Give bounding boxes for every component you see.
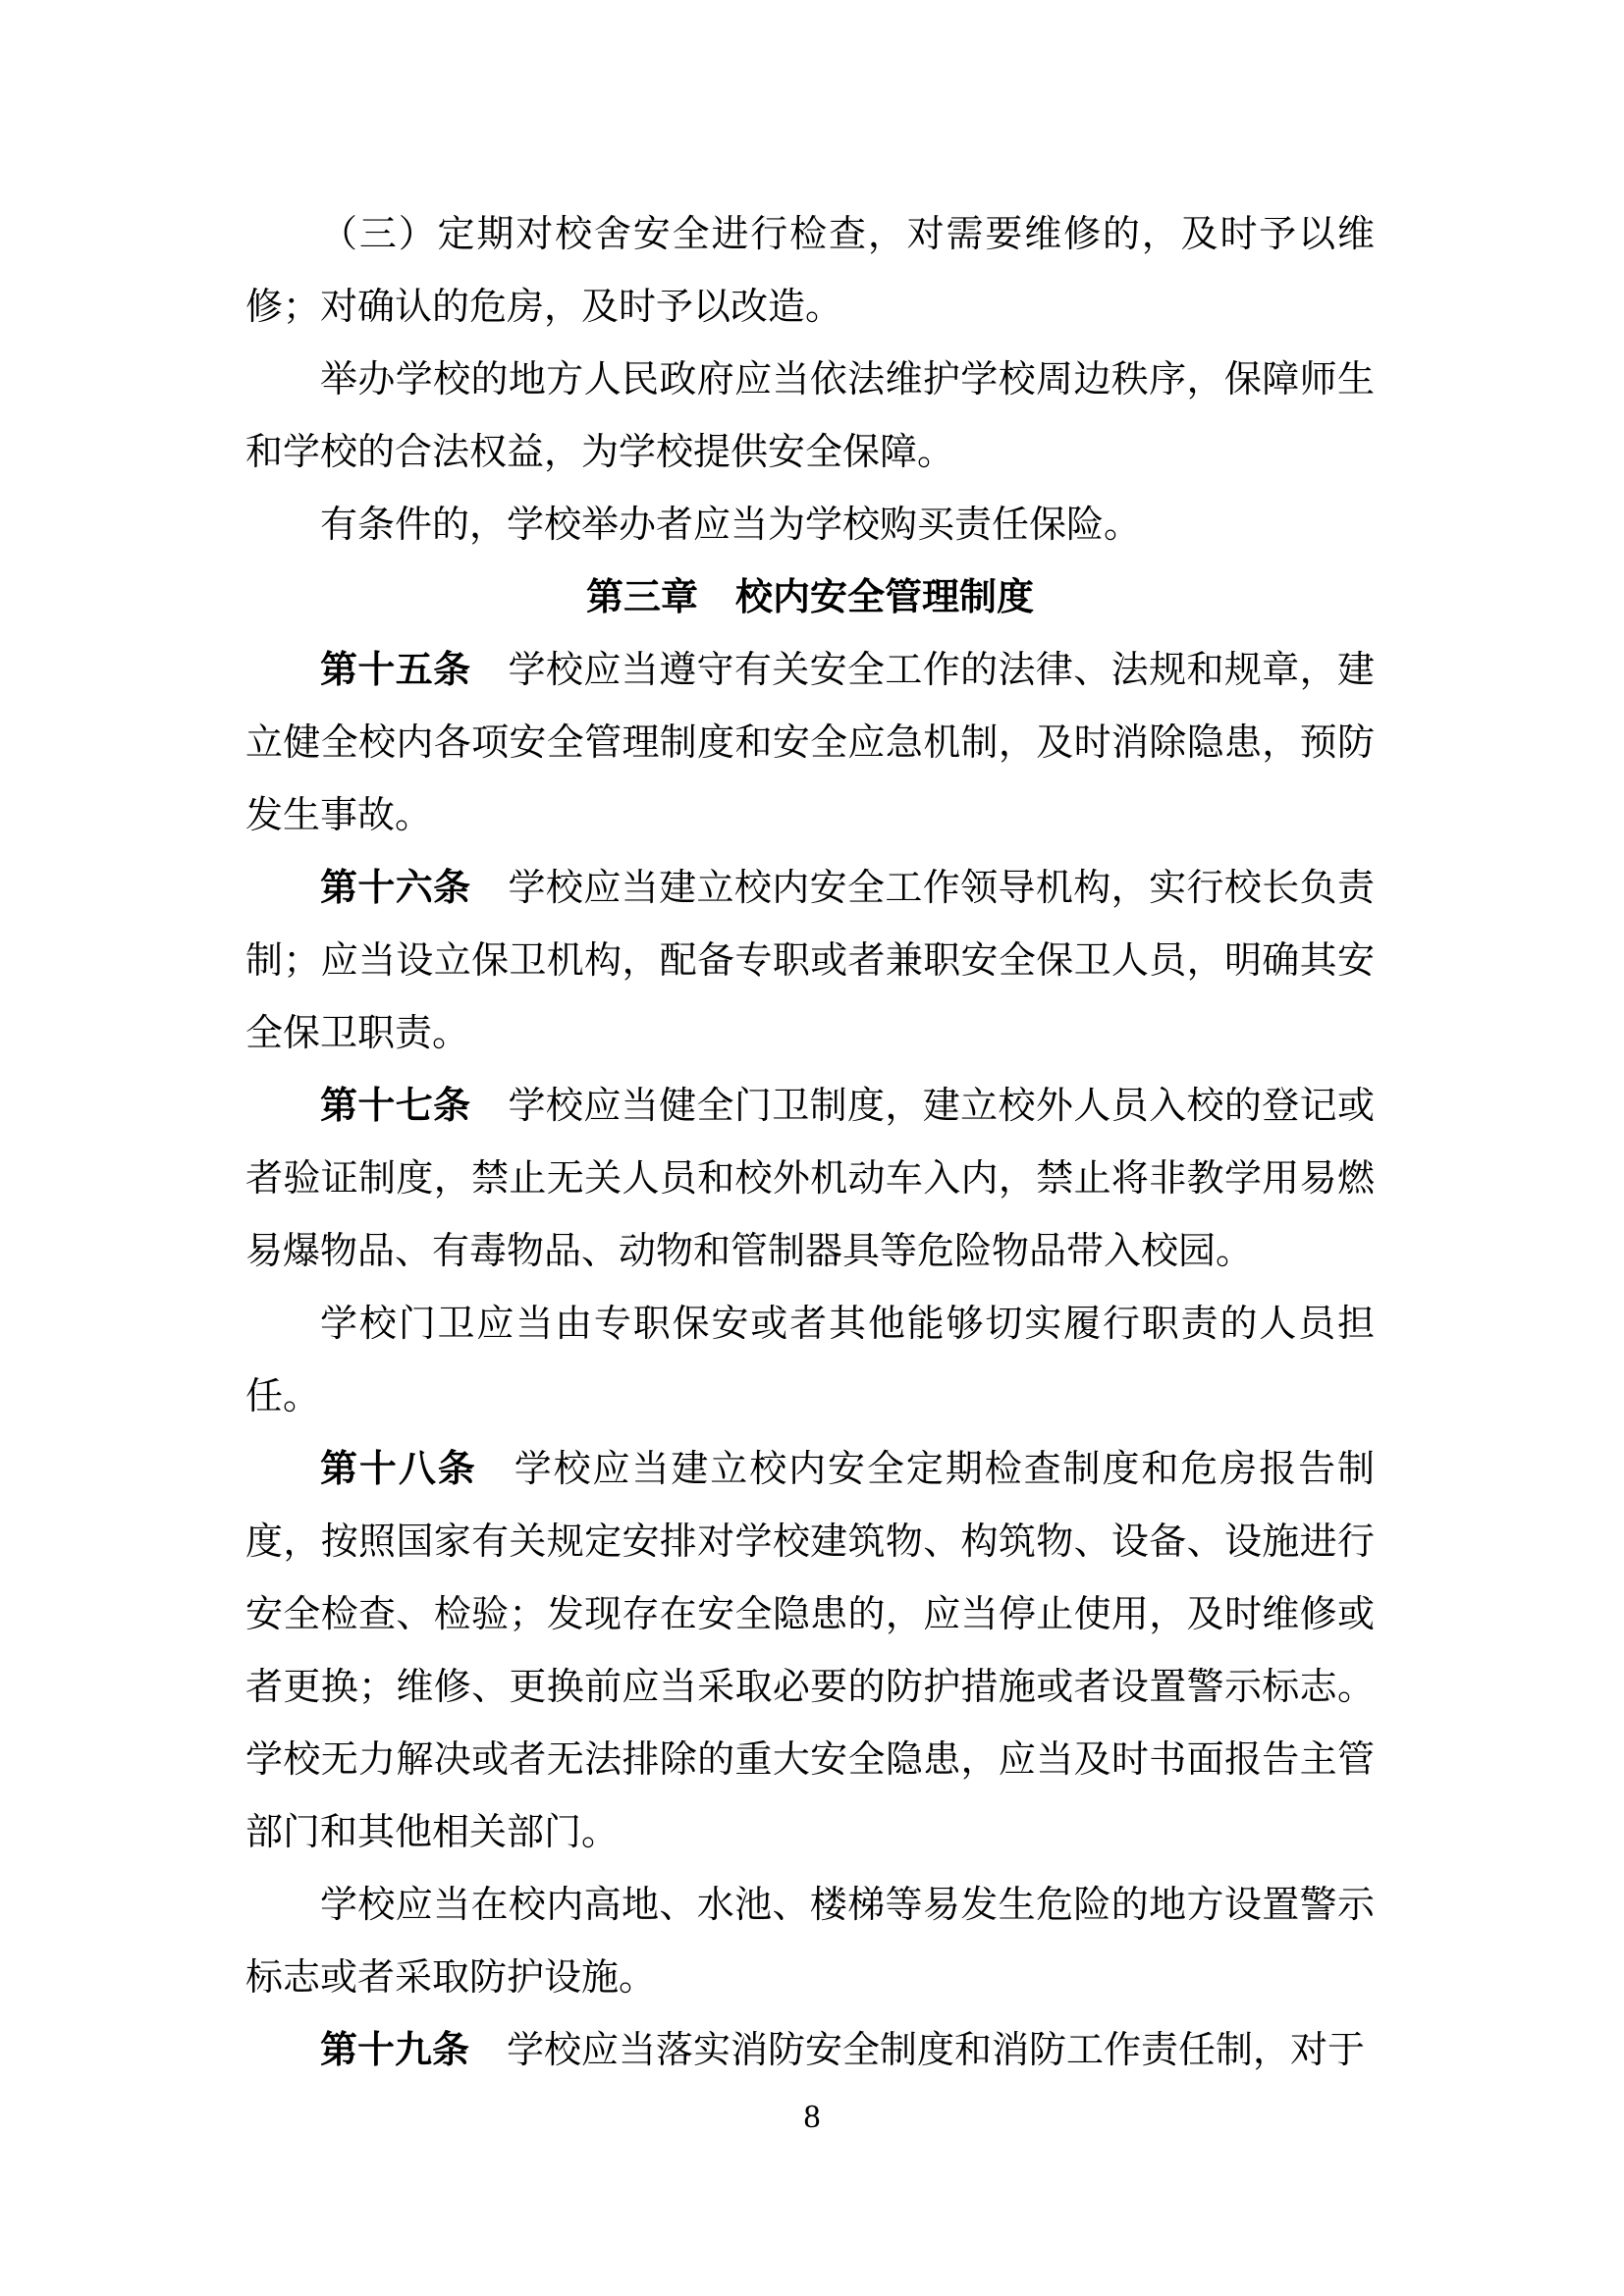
paragraph-3: 有条件的，学校举办者应当为学校购买责任保险。 bbox=[245, 489, 1375, 561]
paragraph-7: 第十七条学校应当健全门卫制度，建立校外人员入校的登记或者验证制度，禁止无关人员和… bbox=[245, 1070, 1375, 1288]
article-number: 第十八条 bbox=[320, 1449, 477, 1490]
article-number: 第十五条 bbox=[320, 650, 471, 691]
paragraph-text: 学校应当落实消防安全制度和消防工作责任制，对于 bbox=[507, 2030, 1365, 2071]
paragraph-text: 学校应当建立校内安全定期检查制度和危房报告制度，按照国家有关规定安排对学校建筑物… bbox=[245, 1449, 1375, 1853]
document-body: （三）定期对校舍安全进行检查，对需要维修的，及时予以维修；对确认的危房，及时予以… bbox=[245, 198, 1375, 2087]
paragraph-5: 第十五条学校应当遵守有关安全工作的法律、法规和规章，建立健全校内各项安全管理制度… bbox=[245, 634, 1375, 852]
paragraph-text: （三）定期对校舍安全进行检查，对需要维修的，及时予以维修；对确认的危房，及时予以… bbox=[245, 214, 1375, 328]
document-page: （三）定期对校舍安全进行检查，对需要维修的，及时予以维修；对确认的危房，及时予以… bbox=[0, 0, 1624, 2296]
paragraph-6: 第十六条学校应当建立校内安全工作领导机构，实行校长负责制；应当设立保卫机构，配备… bbox=[245, 852, 1375, 1070]
paragraph-9: 第十八条学校应当建立校内安全定期检查制度和危房报告制度，按照国家有关规定安排对学… bbox=[245, 1433, 1375, 1869]
paragraph-1: （三）定期对校舍安全进行检查，对需要维修的，及时予以维修；对确认的危房，及时予以… bbox=[245, 198, 1375, 344]
chapter-number: 第三章 bbox=[586, 577, 698, 618]
chapter-heading: 第三章校内安全管理制度 bbox=[245, 561, 1375, 634]
paragraph-11: 第十九条学校应当落实消防安全制度和消防工作责任制，对于 bbox=[245, 2014, 1375, 2087]
article-number: 第十六条 bbox=[320, 868, 471, 909]
page-number: 8 bbox=[804, 2099, 821, 2135]
paragraph-text: 有条件的，学校举办者应当为学校购买责任保险。 bbox=[320, 505, 1141, 546]
article-number: 第十九条 bbox=[320, 2030, 469, 2071]
paragraph-text: 学校门卫应当由专职保安或者其他能够切实履行职责的人员担任。 bbox=[245, 1304, 1375, 1417]
paragraph-2: 举办学校的地方人民政府应当依法维护学校周边秩序，保障师生和学校的合法权益，为学校… bbox=[245, 344, 1375, 489]
page-footer: 8 bbox=[0, 2085, 1624, 2156]
chapter-title: 校内安全管理制度 bbox=[735, 577, 1034, 618]
article-number: 第十七条 bbox=[320, 1086, 471, 1127]
paragraph-text: 举办学校的地方人民政府应当依法维护学校周边秩序，保障师生和学校的合法权益，为学校… bbox=[245, 359, 1375, 473]
paragraph-text: 学校应当在校内高地、水池、楼梯等易发生危险的地方设置警示标志或者采取防护设施。 bbox=[245, 1885, 1375, 1999]
paragraph-8: 学校门卫应当由专职保安或者其他能够切实履行职责的人员担任。 bbox=[245, 1288, 1375, 1433]
paragraph-10: 学校应当在校内高地、水池、楼梯等易发生危险的地方设置警示标志或者采取防护设施。 bbox=[245, 1869, 1375, 2014]
